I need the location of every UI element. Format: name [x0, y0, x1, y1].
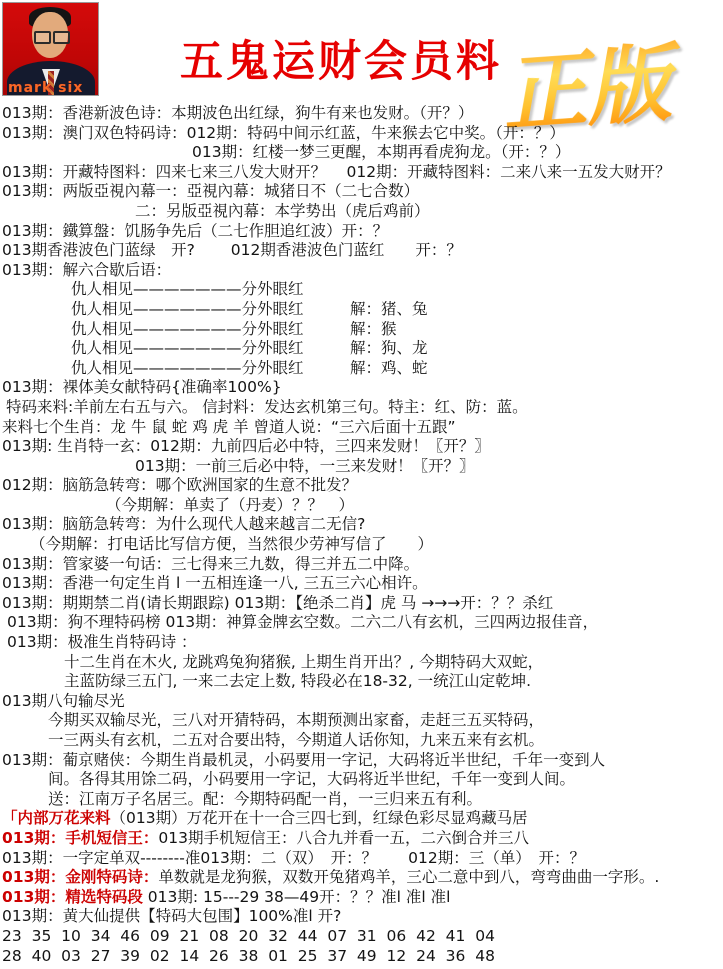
text-line: 28 40 03 27 39 02 14 26 38 01 25 37 49 1… [2, 947, 671, 967]
page: mark six 五鬼运财会员料 正版 013期：香港新波色诗：本期波色出红绿，… [0, 0, 723, 969]
text-line: 013期：葡京赌侠：今期生肖最机灵，小码要用一字记，大码将近半世纪，千年一变到人 [2, 751, 671, 771]
text-line: 十二生肖在木火, 龙跳鸡兔狗猪猴, 上期生肖开出？, 今期特码大双蛇， [2, 653, 671, 673]
line-text: 主蓝防绿三五门, 一来二去定上数, 特段必在18-32, 一统江山定乾坤. [64, 672, 531, 690]
line-text: 013期：开藏特图料：四来七来三八发大财开？ 012期：开藏特图料：二来八来一五… [2, 163, 671, 181]
line-text: 仇人相见———————分外眼红 [71, 280, 304, 298]
line-text: 一三两头有玄机，二五对合要出特，今期道人话你知，九来五来有玄机。 [48, 731, 544, 749]
text-line: 013期：精选特码段 013期: 15---29 38—49开：？？准l 准l … [2, 888, 671, 908]
text-line: 013期：鐵算盤：饥肠争先后（二七作胆追红波）开：？ [2, 222, 671, 242]
text-line: 013期：管家婆一句话：三七得来三九数，得三并五二中降。 [2, 555, 671, 575]
text-line: 013期：一字定单双--------准013期：二（双） 开：？ 012期：三（… [2, 849, 671, 869]
text-line: 013期：极准生肖特码诗 ： [2, 633, 671, 653]
text-line: 013期：香港一句定生肖 l 一五相连逢一八, 三五三六心相许。 [2, 574, 671, 594]
line-text: 013期：解六合歇后语： [2, 261, 171, 279]
red-label: 013期：精选特码段 [2, 888, 143, 906]
text-line: 仇人相见———————分外眼红 [2, 280, 671, 300]
line-text: 013期：狗不理特码榜 013期：神算金牌玄空数。二六二八有玄机，三四两边报佳音… [7, 613, 598, 631]
glasses-icon [34, 31, 51, 44]
line-text: （今期解：单卖了（丹麦）？？ ） [106, 496, 354, 514]
line-text: 013期: 生肖特一玄：012期：九前四后必中特，三四来发财！〖开？〗 [2, 437, 490, 455]
line-text: 013期：一前三后必中特，一三来发财！〖开？〗 [135, 457, 475, 475]
text-line: 013期：澳门双色特码诗：012期：特码中间示红蓝，牛来猴去它中奖。（开：？） [2, 124, 671, 144]
line-text: 013期：期期禁二肖(请长期跟踪) 013期：【绝杀二肖】虎 马 →→→开：？？… [2, 594, 553, 612]
text-line: 012期：脑筋急转弯：哪个欧洲国家的生意不批发？ [2, 476, 671, 496]
line-text: 012期：脑筋急转弯：哪个欧洲国家的生意不批发？ [2, 476, 357, 494]
text-line: 仇人相见———————分外眼红 解：猴 [2, 320, 671, 340]
line-text: 013期：管家婆一句话：三七得来三九数，得三并五二中降。 [2, 555, 419, 573]
line-text: 013期：香港一句定生肖 l 一五相连逢一八, 三五三六心相许。 [2, 574, 428, 592]
text-line: 013期：金刚特码诗：单数就是龙狗猴，双数开兔猪鸡羊，三心二意中到八，弯弯曲曲一… [2, 868, 671, 888]
text-line: 013期：一前三后必中特，一三来发财！〖开？〗 [2, 457, 671, 477]
line-text: 013期：葡京赌侠：今期生肖最机灵，小码要用一字记，大码将近半世纪，千年一变到人 [2, 751, 605, 769]
text-line: 仇人相见———————分外眼红 解：鸡、蛇 [2, 359, 671, 379]
line-text: 013期：极准生肖特码诗 ： [7, 633, 197, 651]
text-line: 013期八句输尽光 [2, 692, 671, 712]
text-line: （今期解：单卖了（丹麦）？？ ） [2, 496, 671, 516]
portrait-photo: mark six [2, 2, 99, 96]
line-text: 013期八句输尽光 [2, 692, 125, 710]
text-line: 二：另版亞視內幕：本学势出（虎后鸡前） [2, 202, 671, 222]
line-text: 今期买双输尽光，三八对开猜特码，本期预测出家畜，走赶三五买特码， [48, 711, 544, 729]
text-line: 仇人相见———————分外眼红 解：猪、兔 [2, 300, 671, 320]
text-line: 一三两头有玄机，二五对合要出特，今期道人话你知，九来五来有玄机。 [2, 731, 671, 751]
text-line: 间。各得其用馀二码，小码要用一字记，大码将近半世纪，千年一变到人间。 [2, 770, 671, 790]
text-line: 013期：脑筋急转弯：为什么现代人越来越言二无信? [2, 515, 671, 535]
line-text: 仇人相见———————分外眼红 解：猴 [71, 320, 397, 338]
line-text: 来料七个生肖：龙 牛 鼠 蛇 鸡 虎 羊 曾道人说：“三六后面十五跟” [2, 418, 456, 436]
text-line: 013期香港波色门蓝绿 开? 012期香港波色门蓝红 开：？ [2, 241, 671, 261]
red-label: 013期：金刚特码诗： [2, 868, 158, 886]
line-text: 仇人相见———————分外眼红 解：鸡、蛇 [71, 359, 428, 377]
line-text: 013期：黄大仙提供【特码大包围】100%准l 开? [2, 907, 341, 925]
line-text: 013期：裸体美女献特码{准确率100%} [2, 378, 282, 396]
text-line: 「内部万花来料（013期）万花开在十一合三四七到，红绿色彩尽显鸡藏马居 [2, 809, 671, 829]
red-label: 「内部万花来料 [2, 809, 111, 827]
red-label: 013期：手机短信王： [2, 829, 158, 847]
glasses-icon [53, 31, 70, 44]
text-line: （今期解：打电话比写信方便，当然很少劳神写信了 ） [2, 535, 671, 555]
line-text: 送：江南万子名居三。配：今期特码配一肖，一三归来五有利。 [48, 790, 482, 808]
text-line: 013期：狗不理特码榜 013期：神算金牌玄空数。二六二八有玄机，三四两边报佳音… [2, 613, 671, 633]
text-line: 013期：两版亞視內幕一：亞視內幕：城猪日不（二七合数） [2, 182, 671, 202]
line-text: 仇人相见———————分外眼红 解：猪、兔 [71, 300, 428, 318]
line-text: 013期香港波色门蓝绿 开? 012期香港波色门蓝红 开：？ [2, 241, 462, 259]
page-title: 五鬼运财会员料 [180, 28, 502, 89]
line-text: 单数就是龙狗猴，双数开兔猪鸡羊，三心二意中到八，弯弯曲曲一字形。. [158, 868, 659, 886]
text-line: 013期：期期禁二肖(请长期跟踪) 013期：【绝杀二肖】虎 马 →→→开：？？… [2, 594, 671, 614]
line-text: 013期：脑筋急转弯：为什么现代人越来越言二无信? [2, 515, 365, 533]
line-text: 仇人相见———————分外眼红 解：狗、龙 [71, 339, 428, 357]
line-text: 特码来料:羊前左右五与六。 信封料：发达玄机第三句。特主：红、防：蓝。 [6, 398, 528, 416]
text-line: 013期：红楼一梦三更醒，本期再看虎狗龙。（开：？） [2, 143, 671, 163]
text-line: 仇人相见———————分外眼红 解：狗、龙 [2, 339, 671, 359]
text-line: 主蓝防绿三五门, 一来二去定上数, 特段必在18-32, 一统江山定乾坤. [2, 672, 671, 692]
photo-caption: mark six [8, 80, 83, 96]
text-line: 013期：黄大仙提供【特码大包围】100%准l 开? [2, 907, 671, 927]
text-line: 013期: 生肖特一玄：012期：九前四后必中特，三四来发财！〖开？〗 [2, 437, 671, 457]
text-line: 23 35 10 34 46 09 21 08 20 32 44 07 31 0… [2, 927, 671, 947]
line-text: 013期手机短信王：八合九并看一五，二六倒合并三八 [158, 829, 529, 847]
line-text: 013期：一字定单双--------准013期：二（双） 开：？ 012期：三（… [2, 849, 585, 867]
text-line: 送：江南万子名居三。配：今期特码配一肖，一三归来五有利。 [2, 790, 671, 810]
line-text: 23 35 10 34 46 09 21 08 20 32 44 07 31 0… [2, 927, 495, 945]
line-text: 013期：鐵算盤：饥肠争先后（二七作胆追红波）开：？ [2, 222, 388, 240]
line-text: （013期）万花开在十一合三四七到，红绿色彩尽显鸡藏马居 [111, 809, 528, 827]
line-text: （今期解：打电话比写信方便，当然很少劳神写信了 ） [30, 535, 433, 553]
text-line: 013期：香港新波色诗：本期波色出红绿，狗牛有来也发财。（开？） [2, 104, 671, 124]
line-text: 28 40 03 27 39 02 14 26 38 01 25 37 49 1… [2, 947, 495, 965]
line-text: 013期：香港新波色诗：本期波色出红绿，狗牛有来也发财。（开？） [2, 104, 473, 122]
text-line: 特码来料:羊前左右五与六。 信封料：发达玄机第三句。特主：红、防：蓝。 [2, 398, 671, 418]
line-text: 013期: 15---29 38—49开：？？准l 准l 准l [143, 888, 451, 906]
text-line: 今期买双输尽光，三八对开猜特码，本期预测出家畜，走赶三五买特码， [2, 711, 671, 731]
line-text: 二：另版亞視內幕：本学势出（虎后鸡前） [135, 202, 430, 220]
text-line: 013期：解六合歇后语： [2, 261, 671, 281]
text-line: 013期：裸体美女献特码{准确率100%} [2, 378, 671, 398]
line-text: 间。各得其用馀二码，小码要用一字记，大码将近半世纪，千年一变到人间。 [48, 770, 575, 788]
text-line: 013期：开藏特图料：四来七来三八发大财开？ 012期：开藏特图料：二来八来一五… [2, 163, 671, 183]
text-line: 013期：手机短信王：013期手机短信王：八合九并看一五，二六倒合并三八 [2, 829, 671, 849]
content-lines: 013期：香港新波色诗：本期波色出红绿，狗牛有来也发财。（开？）013期：澳门双… [2, 104, 671, 966]
text-line: 来料七个生肖：龙 牛 鼠 蛇 鸡 虎 羊 曾道人说：“三六后面十五跟” [2, 418, 671, 438]
line-text: 013期：红楼一梦三更醒，本期再看虎狗龙。（开：？） [192, 143, 570, 161]
line-text: 013期：澳门双色特码诗：012期：特码中间示红蓝，牛来猴去它中奖。（开：？） [2, 124, 565, 142]
line-text: 013期：两版亞視內幕一：亞視內幕：城猪日不（二七合数） [2, 182, 419, 200]
line-text: 十二生肖在木火, 龙跳鸡兔狗猪猴, 上期生肖开出？, 今期特码大双蛇， [64, 653, 543, 671]
